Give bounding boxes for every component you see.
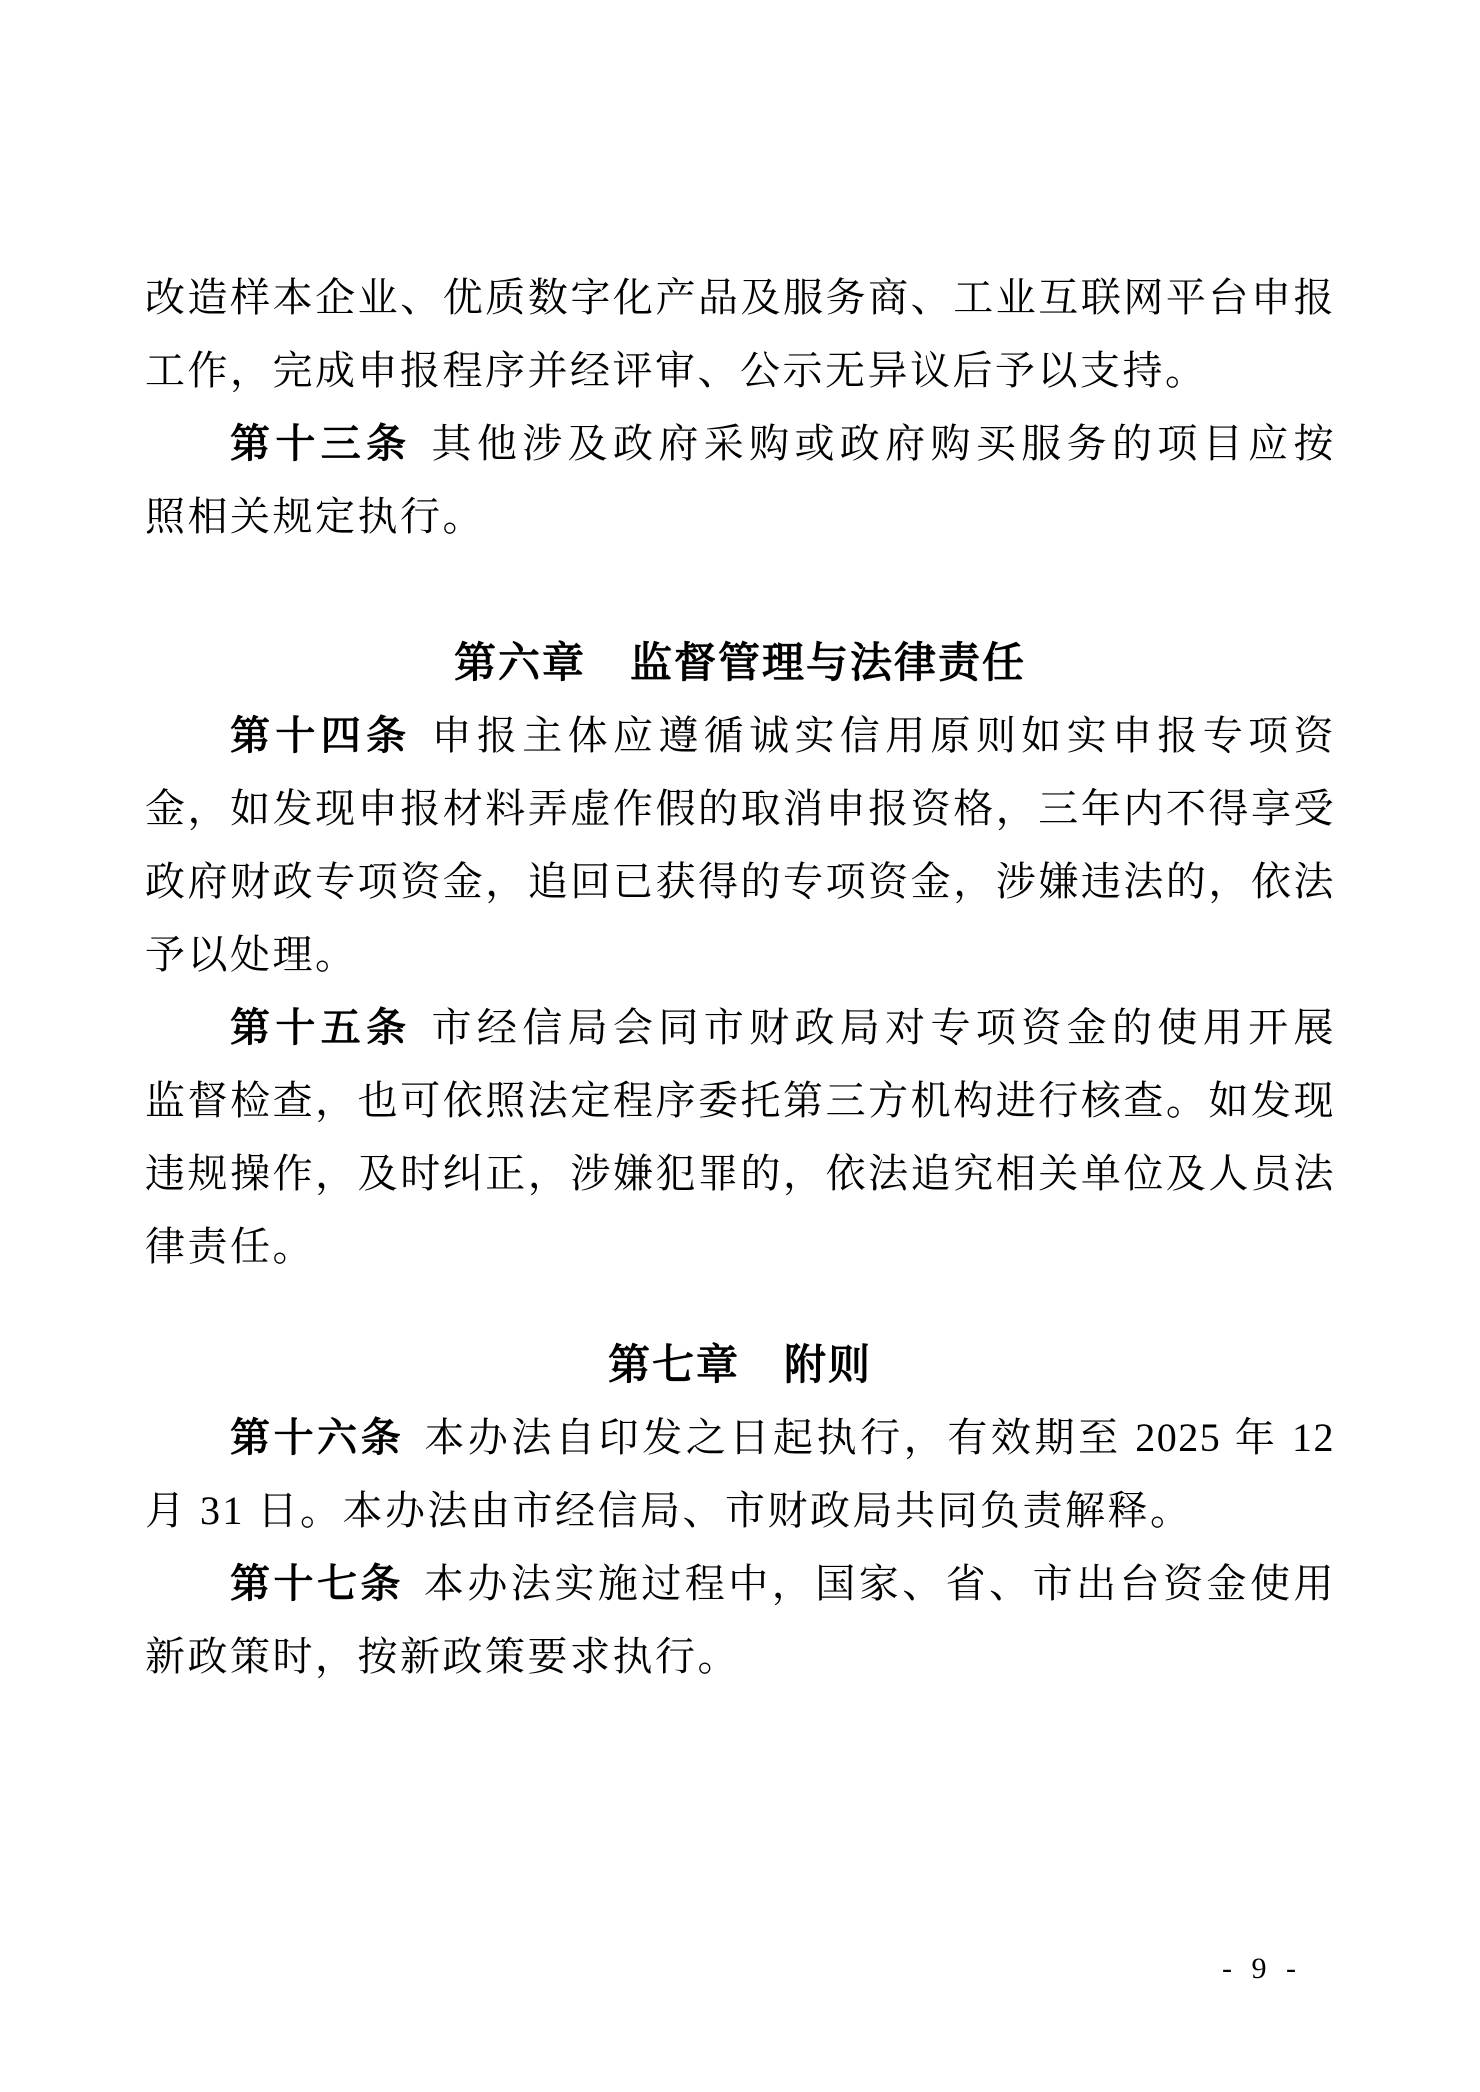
article-13-text: 其他涉及政府采购或政府购买服务的项目应按 [431, 421, 1335, 466]
article-15-line-2: 监督检查，也可依照法定程序委托第三方机构进行核查。如发现 [145, 1064, 1335, 1137]
article-14-line-1: 第十四条申报主体应遵循诚实信用原则如实申报专项资 [145, 699, 1335, 772]
article-15-line-1: 第十五条市经信局会同市财政局对专项资金的使用开展 [145, 991, 1335, 1064]
article-17-number: 第十七条 [230, 1562, 404, 1606]
article-17-line-1: 第十七条本办法实施过程中，国家、省、市出台资金使用 [145, 1547, 1335, 1620]
chapter-7-heading: 第七章 附则 [145, 1328, 1335, 1401]
article-17-text: 本办法实施过程中，国家、省、市出台资金使用 [424, 1561, 1335, 1606]
article-13-line-2: 照相关规定执行。 [145, 480, 1335, 553]
article-16-text: 本办法自印发之日起执行，有效期至 2025 年 12 [424, 1415, 1335, 1460]
intro-line-2: 工作，完成申报程序并经评审、公示无异议后予以支持。 [145, 334, 1335, 407]
article-15-number: 第十五条 [230, 1006, 411, 1050]
article-14-number: 第十四条 [230, 714, 411, 758]
article-14-line-2: 金，如发现申报材料弄虚作假的取消申报资格，三年内不得享受 [145, 772, 1335, 845]
article-14-text: 申报主体应遵循诚实信用原则如实申报专项资 [431, 713, 1335, 758]
article-13-line-1: 第十三条其他涉及政府采购或政府购买服务的项目应按 [145, 407, 1335, 480]
article-14-line-4: 予以处理。 [145, 918, 1335, 991]
article-16-number: 第十六条 [230, 1416, 404, 1460]
intro-line-1: 改造样本企业、优质数字化产品及服务商、工业互联网平台申报 [145, 261, 1335, 334]
page-number: - 9 - [1222, 1952, 1302, 1986]
document-page: 改造样本企业、优质数字化产品及服务商、工业互联网平台申报 工作，完成申报程序并经… [0, 0, 1480, 2092]
article-16-line-1: 第十六条本办法自印发之日起执行，有效期至 2025 年 12 [145, 1401, 1335, 1474]
article-16-line-2: 月 31 日。本办法由市经信局、市财政局共同负责解释。 [145, 1474, 1335, 1547]
article-15-text: 市经信局会同市财政局对专项资金的使用开展 [431, 1005, 1335, 1050]
article-15-line-4: 律责任。 [145, 1210, 1335, 1283]
article-13-number: 第十三条 [230, 422, 411, 466]
document-body: 改造样本企业、优质数字化产品及服务商、工业互联网平台申报 工作，完成申报程序并经… [145, 261, 1335, 1693]
article-17-line-2: 新政策时，按新政策要求执行。 [145, 1620, 1335, 1693]
article-15-line-3: 违规操作，及时纠正，涉嫌犯罪的，依法追究相关单位及人员法 [145, 1137, 1335, 1210]
chapter-6-heading: 第六章 监督管理与法律责任 [145, 626, 1335, 699]
article-14-line-3: 政府财政专项资金，追回已获得的专项资金，涉嫌违法的，依法 [145, 845, 1335, 918]
